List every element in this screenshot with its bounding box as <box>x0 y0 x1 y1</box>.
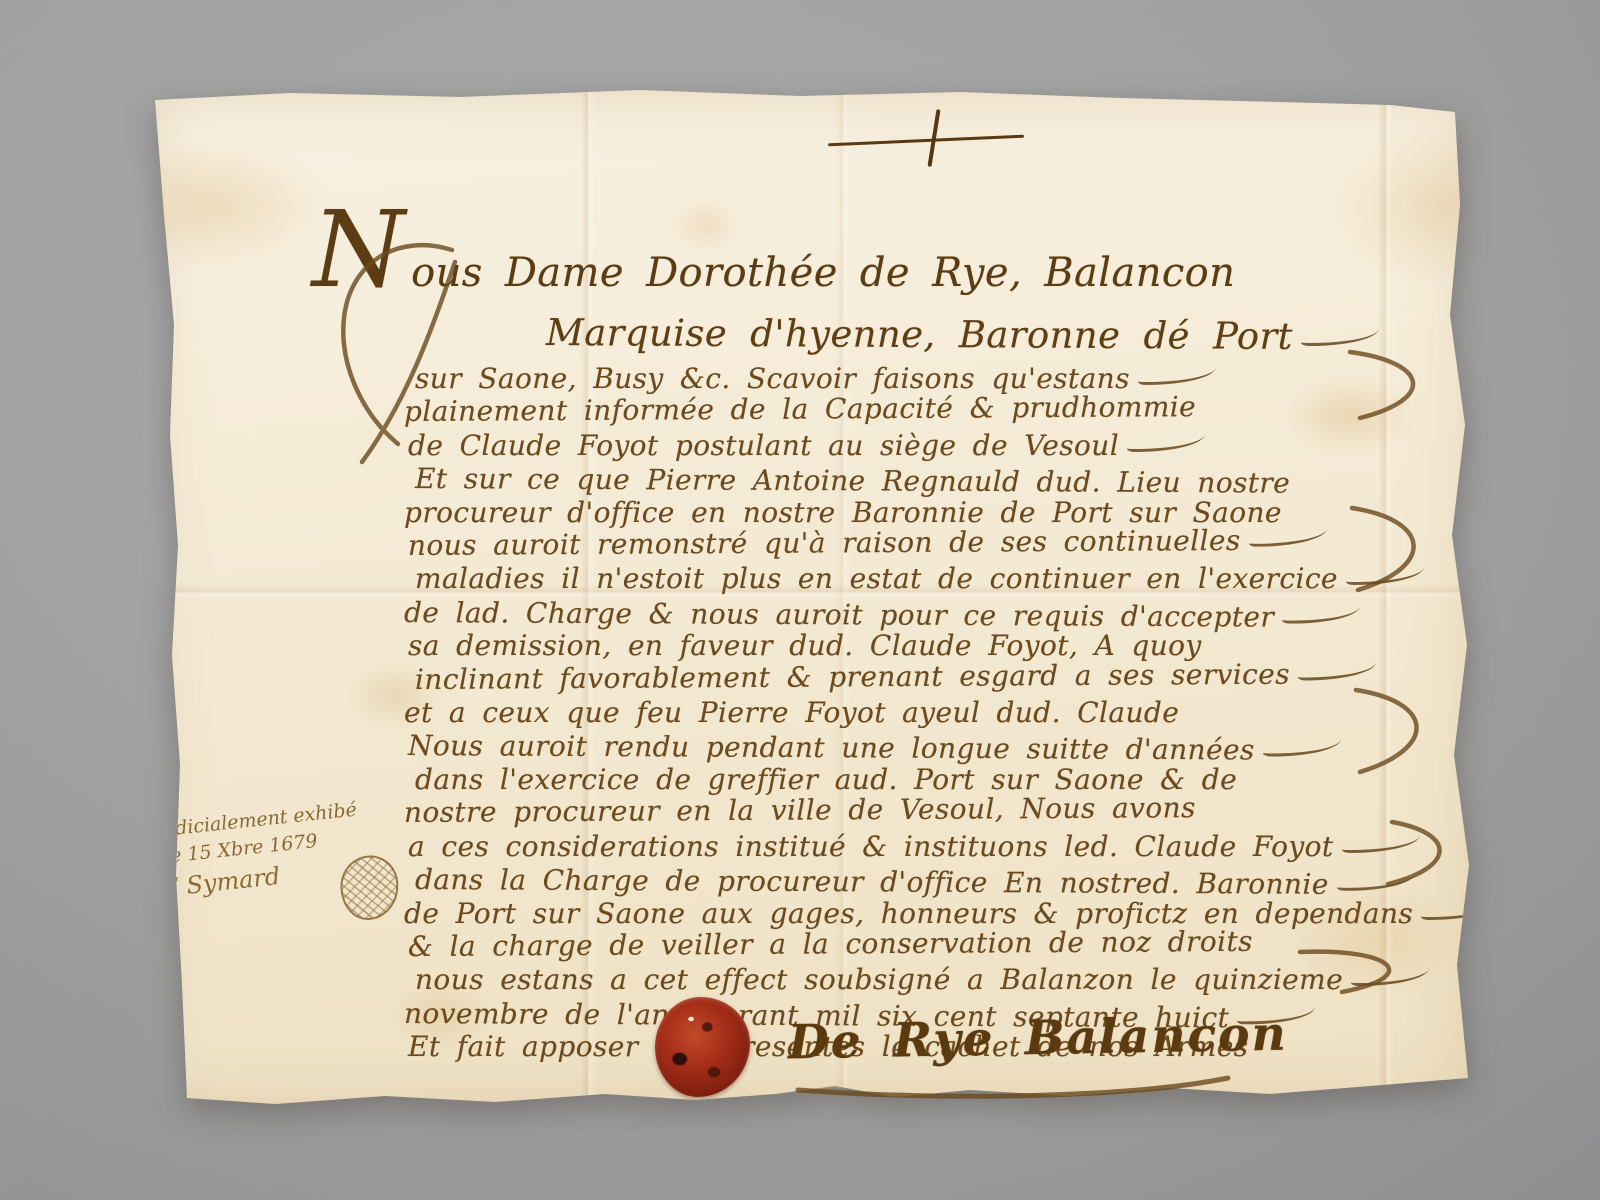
paper-wrap: Nous Dame Dorothée de Rye, Balancon Marq… <box>140 85 1480 1115</box>
manuscript-line: inclinant favorablement & prenant esgard… <box>415 656 1483 696</box>
manuscript-line: nous estans a cet effect soubsigné a Bal… <box>415 963 1483 996</box>
manuscript-line: de lad. Charge & nous auroit pour ce req… <box>404 596 1483 635</box>
manuscript-line: Nous auroit rendu pendant une longue sui… <box>408 729 1483 768</box>
notary-margin-note: Judicialement exhibé le 15 Xbre 1679 E S… <box>154 797 364 903</box>
manuscript-line: nous auroit remonstré qu'à raison de ses… <box>408 522 1483 562</box>
manuscript-text-block: Nous Dame Dorothée de Rye, Balancon Marq… <box>408 237 1483 1064</box>
manuscript-paper: Nous Dame Dorothée de Rye, Balancon Marq… <box>140 85 1480 1115</box>
manuscript-line: a ces considerations institué & instituo… <box>408 830 1483 863</box>
manuscript-line: & la charge de veiller a la conservation… <box>408 923 1483 963</box>
manuscript-line: Marquise d'hyenne, Baronne dé Port <box>546 309 1483 362</box>
manuscript-line: Et sur ce que Pierre Antoine Regnauld du… <box>415 462 1483 501</box>
manuscript-line: Nous Dame Dorothée de Rye, Balancon <box>312 237 1483 309</box>
manuscript-line: dans la Charge de procureur d'office En … <box>415 863 1483 902</box>
photo-background: Nous Dame Dorothée de Rye, Balancon Marq… <box>0 0 1600 1200</box>
manuscript-line: plainement informée de la Capacité & pru… <box>404 389 1483 429</box>
invocation-cross-mark <box>828 109 1028 171</box>
manuscript-line: maladies il n'estoit plus en estat de co… <box>415 562 1483 595</box>
manuscript-line: de Claude Foyot postulant au siège de Ve… <box>408 429 1483 462</box>
manuscript-line: et a ceux que feu Pierre Foyot ayeul dud… <box>404 696 1483 729</box>
signature: De Rye Balancon <box>788 1007 1289 1071</box>
cross-horizontal-stroke <box>828 135 1024 147</box>
manuscript-line: nostre procureur en la ville de Vesoul, … <box>404 790 1483 830</box>
red-wax-seal <box>655 997 750 1097</box>
